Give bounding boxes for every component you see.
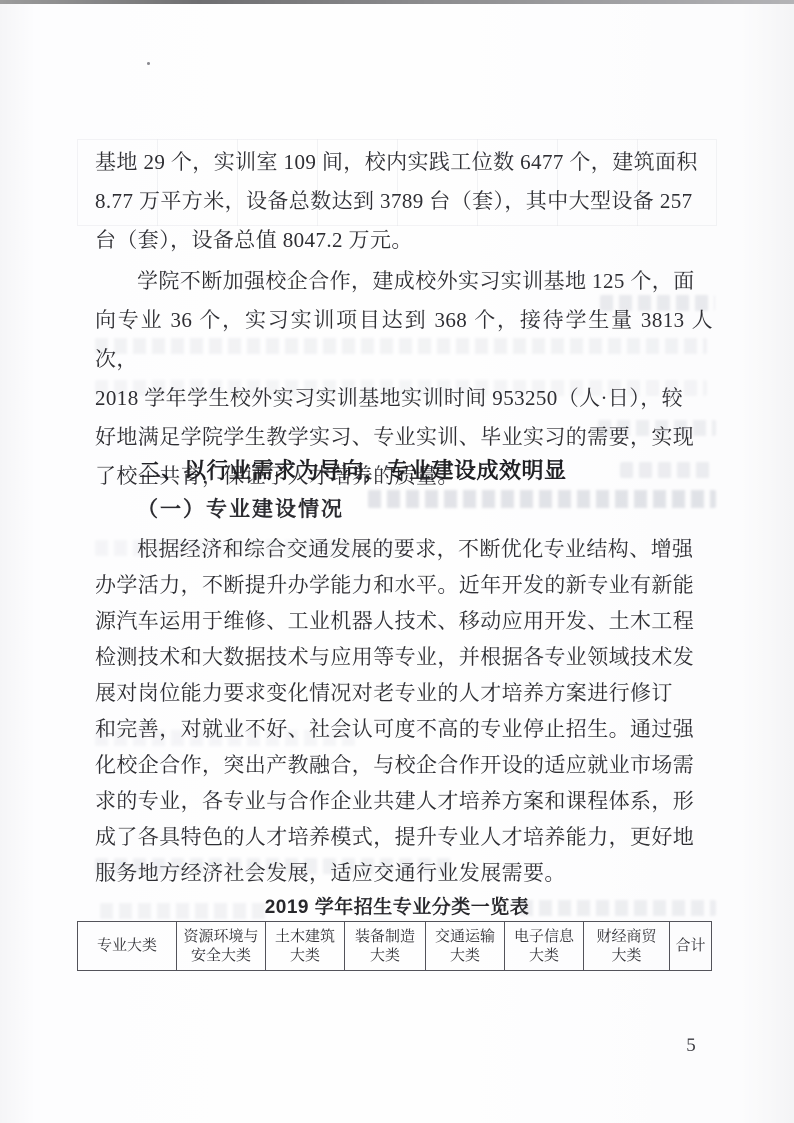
table-header-row: 专业大类 资源环境与 安全大类 土木建筑 大类 装备制造 大类 交通运输 大类 … xyxy=(78,922,712,971)
scan-top-edge xyxy=(0,0,794,4)
enrollment-major-category-table: 专业大类 资源环境与 安全大类 土木建筑 大类 装备制造 大类 交通运输 大类 … xyxy=(77,921,712,971)
col-header-equipment-manufacturing: 装备制造 大类 xyxy=(345,922,426,971)
col-header-resources-environment-safety: 资源环境与 安全大类 xyxy=(177,922,266,971)
col-header-electronic-information: 电子信息 大类 xyxy=(505,922,584,971)
paragraph-training-facility-stats: 基地 29 个，实训室 109 间，校内实践工位数 6477 个，建筑面积 8.… xyxy=(95,143,713,260)
subsection-heading-major-construction: （一）专业建设情况 xyxy=(95,494,713,524)
col-header-transportation: 交通运输 大类 xyxy=(426,922,505,971)
col-header-total: 合计 xyxy=(670,922,712,971)
paragraph-major-development: 根据经济和综合交通发展的要求，不断优化专业结构、增强 办学活力，不断提升办学能力… xyxy=(95,531,713,891)
col-header-civil-construction: 土木建筑 大类 xyxy=(266,922,345,971)
page-number: 5 xyxy=(676,1035,706,1057)
scan-speck xyxy=(147,62,150,65)
section-heading-industry-demand: 二、以行业需求为导向，专业建设成效明显 xyxy=(95,456,713,486)
table-title: 2019 学年招生专业分类一览表 xyxy=(0,892,794,919)
col-header-major-category: 专业大类 xyxy=(78,922,177,971)
col-header-finance-commerce: 财经商贸 大类 xyxy=(584,922,670,971)
document-page: 基地 29 个，实训室 109 间，校内实践工位数 6477 个，建筑面积 8.… xyxy=(0,0,794,1123)
